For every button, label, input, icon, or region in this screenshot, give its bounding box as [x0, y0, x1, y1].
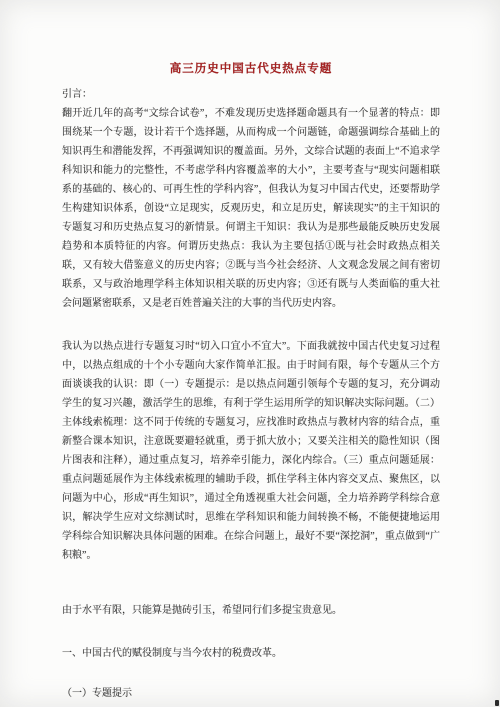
- paragraph-closing-remark: 由于水平有限，只能算是抛砖引玉，希望同行们多提宝贵意见。: [62, 601, 440, 620]
- paragraph-review-method: 我认为以热点进行专题复习时“切入口宜小不宜大”。下面我就按中国古代史复习过程中，…: [62, 337, 440, 565]
- document-body: 高三历史中国古代史热点专题 引言： 翻开近几年的高考“文综合试卷”，不难发现历史…: [62, 60, 440, 703]
- subsection-heading-topic-hint: （一）专题提示: [62, 684, 440, 703]
- scan-artifact-speck: [495, 700, 499, 706]
- intro-label: 引言：: [62, 85, 440, 104]
- section-heading-topic-one: 一、中国古代的赋役制度与当今农村的税费改革。: [62, 644, 440, 663]
- document-title: 高三历史中国古代史热点专题: [62, 60, 440, 79]
- scanned-document-page: 高三历史中国古代史热点专题 引言： 翻开近几年的高考“文综合试卷”，不难发现历史…: [0, 0, 500, 707]
- paragraph-exam-features: 翻开近几年的高考“文综合试卷”，不难发现历史选择题命题具有一个显著的特点：即围绕…: [62, 104, 440, 313]
